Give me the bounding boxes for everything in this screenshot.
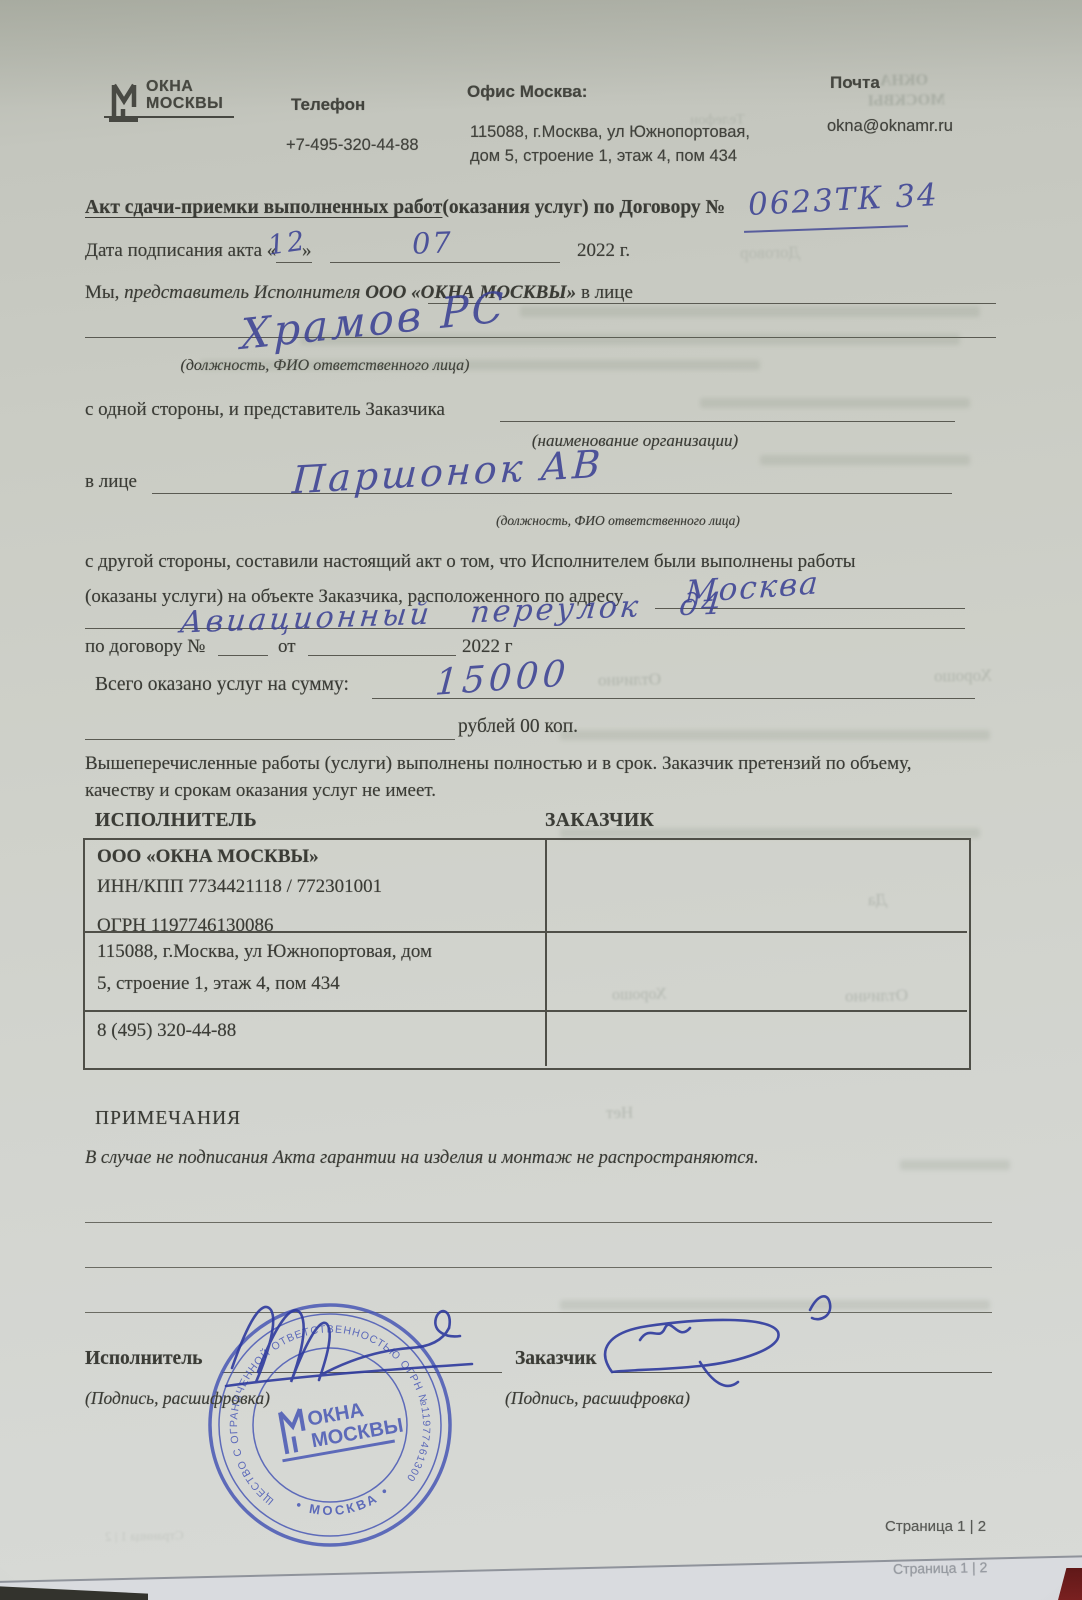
stamp-bottom-text: • МОСКВА • — [292, 1481, 396, 1526]
table-cell-inn-kpp: ИНН/КПП 7734421118 / 772301001 — [97, 876, 382, 898]
document-title-underlined: Акт сдачи-приемки выполненных работ — [85, 197, 442, 218]
ghost-page-text: Страница 1 | 2 — [105, 1527, 184, 1544]
email-value: okna@oknamr.ru — [827, 117, 953, 136]
contract-number-handwritten: 0623ТК 34 — [747, 177, 939, 223]
confirm-line2: качеству и срокам оказания услуг не имее… — [85, 780, 436, 802]
date-month-underline — [330, 262, 560, 263]
table-cell-address-1: 115088, г.Москва, ул Южнопортовая, дом — [97, 941, 432, 963]
customer-caption: (должность, ФИО ответственного лица) — [488, 513, 748, 529]
notes-header: ПРИМЕЧАНИЯ — [95, 1108, 241, 1130]
ghost-phone-label: Телефон — [690, 112, 745, 130]
ghost-text-bar — [200, 360, 760, 370]
date-month-handwritten: 07 — [411, 225, 453, 260]
ghost-net: Нет — [606, 1103, 634, 1123]
table-row-divider-2 — [83, 1010, 967, 1012]
ghost-checkbox — [570, 668, 590, 688]
ghost-checkbox — [906, 663, 926, 683]
svg-text:• МОСКВА •: • МОСКВА • — [292, 1481, 396, 1526]
customer-name-underline — [152, 493, 952, 494]
table-cell-ogrn: ОГРН 1197746130086 — [97, 915, 274, 937]
logo-m-icon — [108, 80, 240, 122]
blank-rule-1 — [85, 1222, 992, 1223]
ghost-text-bar — [560, 828, 980, 838]
ghost-text-bar — [900, 1160, 1010, 1170]
office-label: Офис Москва: — [467, 82, 587, 102]
contract-date-blank — [308, 655, 456, 656]
executor-part4: в лице — [576, 282, 633, 303]
ghost-text-bar — [760, 455, 970, 465]
blank-rule-2 — [85, 1267, 992, 1268]
table-cell-address-2: 5, строение 1, этаж 4, пом 434 — [97, 973, 340, 995]
notes-text: В случае не подписания Акта гарантии на … — [85, 1148, 759, 1169]
ghost-text-bar — [520, 306, 980, 317]
executor-part1: Мы, — [85, 282, 124, 303]
ghost-dogovor: Договор — [740, 242, 800, 263]
sum-blank-underline — [85, 739, 455, 740]
signatures-ink — [0, 1270, 1082, 1440]
document-photo: ОКНА МОСКВЫ Телефон Договор Отлично Хоро… — [0, 0, 1082, 1600]
customer-line: с одной стороны, и представитель Заказчи… — [85, 399, 445, 421]
executor-name-underline-1 — [428, 303, 996, 304]
customer-signature-stroke — [605, 1320, 778, 1372]
table-cell-phone: 8 (495) 320-44-88 — [97, 1020, 236, 1042]
ghost-logo-line2: МОСКВЫ — [868, 91, 946, 110]
mail-label: Почта — [830, 73, 880, 93]
date-day-underline — [276, 262, 312, 263]
ghost-checkbox — [578, 1100, 598, 1120]
customer-org-underline — [500, 421, 955, 422]
ghost-logo-line1: ОКНА — [880, 72, 928, 91]
from-label: от — [278, 636, 296, 658]
page-number-under-sheet: Страница 1 | 2 — [893, 1559, 988, 1577]
ghost-khorosho: Хорошо — [934, 665, 993, 686]
date-line-prefix: Дата подписания акта « — [85, 240, 276, 262]
office-address-line2: дом 5, строение 1, этаж 4, пом 434 — [470, 147, 737, 166]
date-year: 2022 г. — [577, 240, 630, 262]
page-number: Страница 1 | 2 — [885, 1518, 986, 1535]
phone-label: Телефон — [291, 95, 365, 115]
date-day-handwritten: 12 — [266, 225, 308, 261]
table-cell-company: ООО «ОКНА МОСКВЫ» — [97, 846, 319, 868]
document-title-rest: (оказания услуг) по Договору № — [442, 197, 725, 218]
contract-number-hand-underline — [744, 225, 908, 233]
company-logo — [108, 80, 240, 122]
body-par1-line1: с другой стороны, составили настоящий ак… — [85, 551, 856, 573]
in-face-label: в лице — [85, 471, 137, 493]
sum-label: Всего оказано услуг на сумму: — [95, 674, 349, 696]
ghost-text-bar — [700, 398, 970, 408]
executor-signature-stroke — [232, 1307, 273, 1382]
document-title: Акт сдачи-приемки выполненных работ(оказ… — [85, 197, 725, 219]
sum-handwritten: 15000 — [434, 653, 571, 704]
confirm-line1: Вышеперечисленные работы (услуги) выполн… — [85, 753, 911, 775]
contract-year: 2022 г — [462, 636, 513, 658]
contract-no-blank — [218, 655, 268, 656]
ghost-text-bar — [560, 730, 990, 740]
phone-value: +7-495-320-44-88 — [286, 136, 419, 155]
ghost-otlichno: Отлично — [598, 669, 661, 690]
executor-header: ИСПОЛНИТЕЛЬ — [95, 810, 257, 832]
table-column-divider — [545, 838, 547, 1066]
